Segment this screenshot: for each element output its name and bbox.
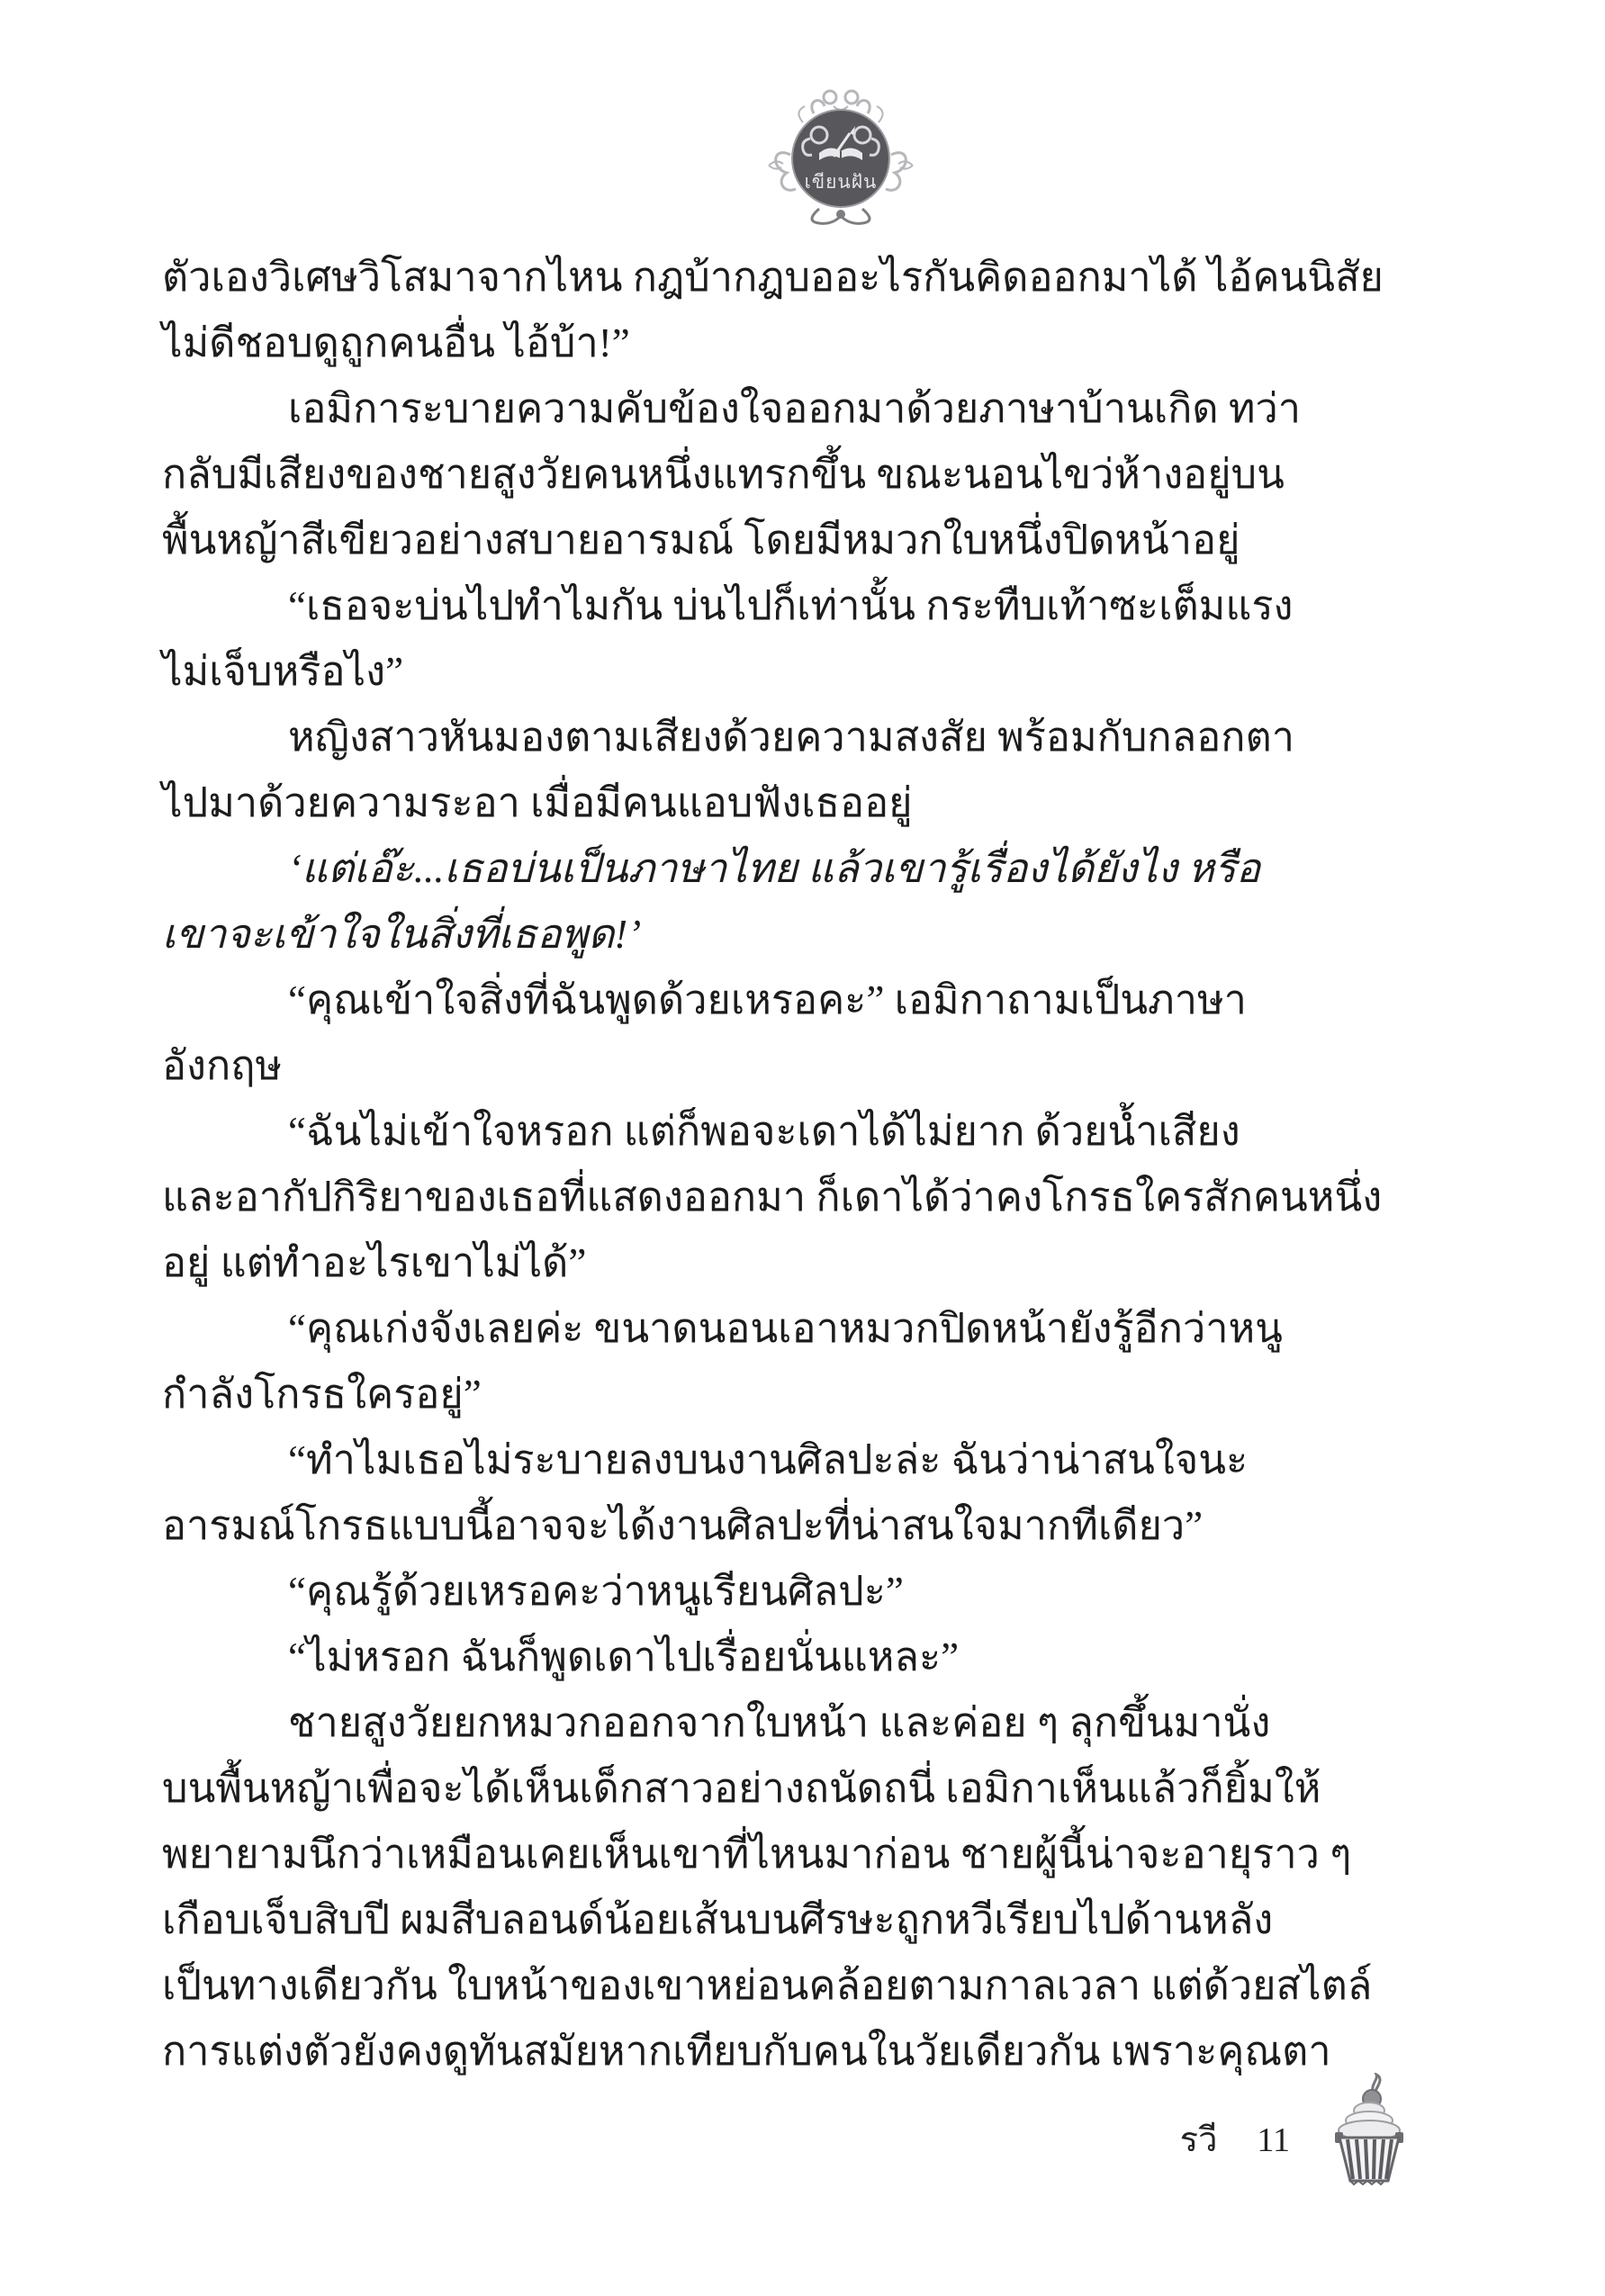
publisher-emblem-label: เขียนฝัน xyxy=(763,167,918,197)
book-page: เขียนฝัน ตัวเองวิเศษวิโสมาจากไหน กฎบ้ากฎ… xyxy=(0,0,1605,2296)
text-line: เกือบเจ็บสิบปี ผมสีบลอนด์น้อยเส้นบนศีรษะ… xyxy=(162,1887,1444,1953)
text-line: กลับมีเสียงของชายสูงวัยคนหนึ่งแทรกขึ้น ข… xyxy=(162,442,1444,508)
text-line: และอากัปกิริยาของเธอที่แสดงออกมา ก็เดาได… xyxy=(162,1165,1444,1230)
text-line: “คุณรู้ด้วยเหรอคะว่าหนูเรียนศิลปะ” xyxy=(162,1559,1444,1625)
text-line: “คุณเข้าใจสิ่งที่ฉันพูดด้วยเหรอคะ” เอมิก… xyxy=(162,968,1444,1033)
text-line: “คุณเก่งจังเลยค่ะ ขนาดนอนเอาหมวกปิดหน้าย… xyxy=(162,1296,1444,1362)
footer-author-label: รวี xyxy=(1180,2123,1218,2157)
text-line: อยู่ แต่ทำอะไรเขาไม่ได้” xyxy=(162,1230,1444,1296)
text-line: “เธอจะบ่นไปทำไมกัน บ่นไปก็เท่านั้น กระทื… xyxy=(162,573,1444,639)
text-line: เป็นทางเดียวกัน ใบหน้าของเขาหย่อนคล้อยตา… xyxy=(162,1953,1444,2019)
page-footer: รวี 11 xyxy=(1180,2073,1411,2186)
text-line: พยายามนึกว่าเหมือนเคยเห็นเขาที่ไหนมาก่อน… xyxy=(162,1822,1444,1887)
text-line: เขาจะเข้าใจในสิ่งที่เธอพูด!’ xyxy=(162,902,1444,968)
text-line: อารมณ์โกรธแบบนี้อาจจะได้งานศิลปะที่น่าสน… xyxy=(162,1493,1444,1559)
text-line: อังกฤษ xyxy=(162,1033,1444,1099)
page-number: 11 xyxy=(1257,2123,1290,2157)
text-line: พื้นหญ้าสีเขียวอย่างสบายอารมณ์ โดยมีหมวก… xyxy=(162,508,1444,573)
text-line: ‘แต่เอ๊ะ...เธอบ่นเป็นภาษาไทย แล้วเขารู้เ… xyxy=(162,836,1444,902)
text-line: ตัวเองวิเศษวิโสมาจากไหน กฎบ้ากฎบออะไรกัน… xyxy=(162,245,1444,311)
text-line: กำลังโกรธใครอยู่” xyxy=(162,1362,1444,1427)
text-line: หญิงสาวหันมองตามเสียงด้วยความสงสัย พร้อม… xyxy=(162,705,1444,770)
text-line: บนพื้นหญ้าเพื่อจะได้เห็นเด็กสาวอย่างถนัด… xyxy=(162,1756,1444,1822)
text-line: “ฉันไม่เข้าใจหรอก แต่ก็พอจะเดาได้ไม่ยาก … xyxy=(162,1099,1444,1165)
publisher-emblem: เขียนฝัน xyxy=(763,83,918,227)
text-line: ไม่เจ็บหรือไง” xyxy=(162,639,1444,705)
publisher-emblem-icon xyxy=(763,83,918,227)
text-line: “ทำไมเธอไม่ระบายลงบนงานศิลปะล่ะ ฉันว่าน่… xyxy=(162,1427,1444,1493)
text-line: ชายสูงวัยยกหมวกออกจากใบหน้า และค่อย ๆ ลุ… xyxy=(162,1690,1444,1756)
text-line: ไปมาด้วยความระอา เมื่อมีคนแอบฟังเธออยู่ xyxy=(162,770,1444,836)
text-line: เอมิการะบายความคับข้องใจออกมาด้วยภาษาบ้า… xyxy=(162,376,1444,442)
page-body-text: ตัวเองวิเศษวิโสมาจากไหน กฎบ้ากฎบออะไรกัน… xyxy=(162,245,1444,2084)
cupcake-icon xyxy=(1328,2073,1411,2186)
text-line: ไม่ดีชอบดูถูกคนอื่น ไอ้บ้า!” xyxy=(162,311,1444,376)
text-line: “ไม่หรอก ฉันก็พูดเดาไปเรื่อยนั่นแหละ” xyxy=(162,1625,1444,1690)
